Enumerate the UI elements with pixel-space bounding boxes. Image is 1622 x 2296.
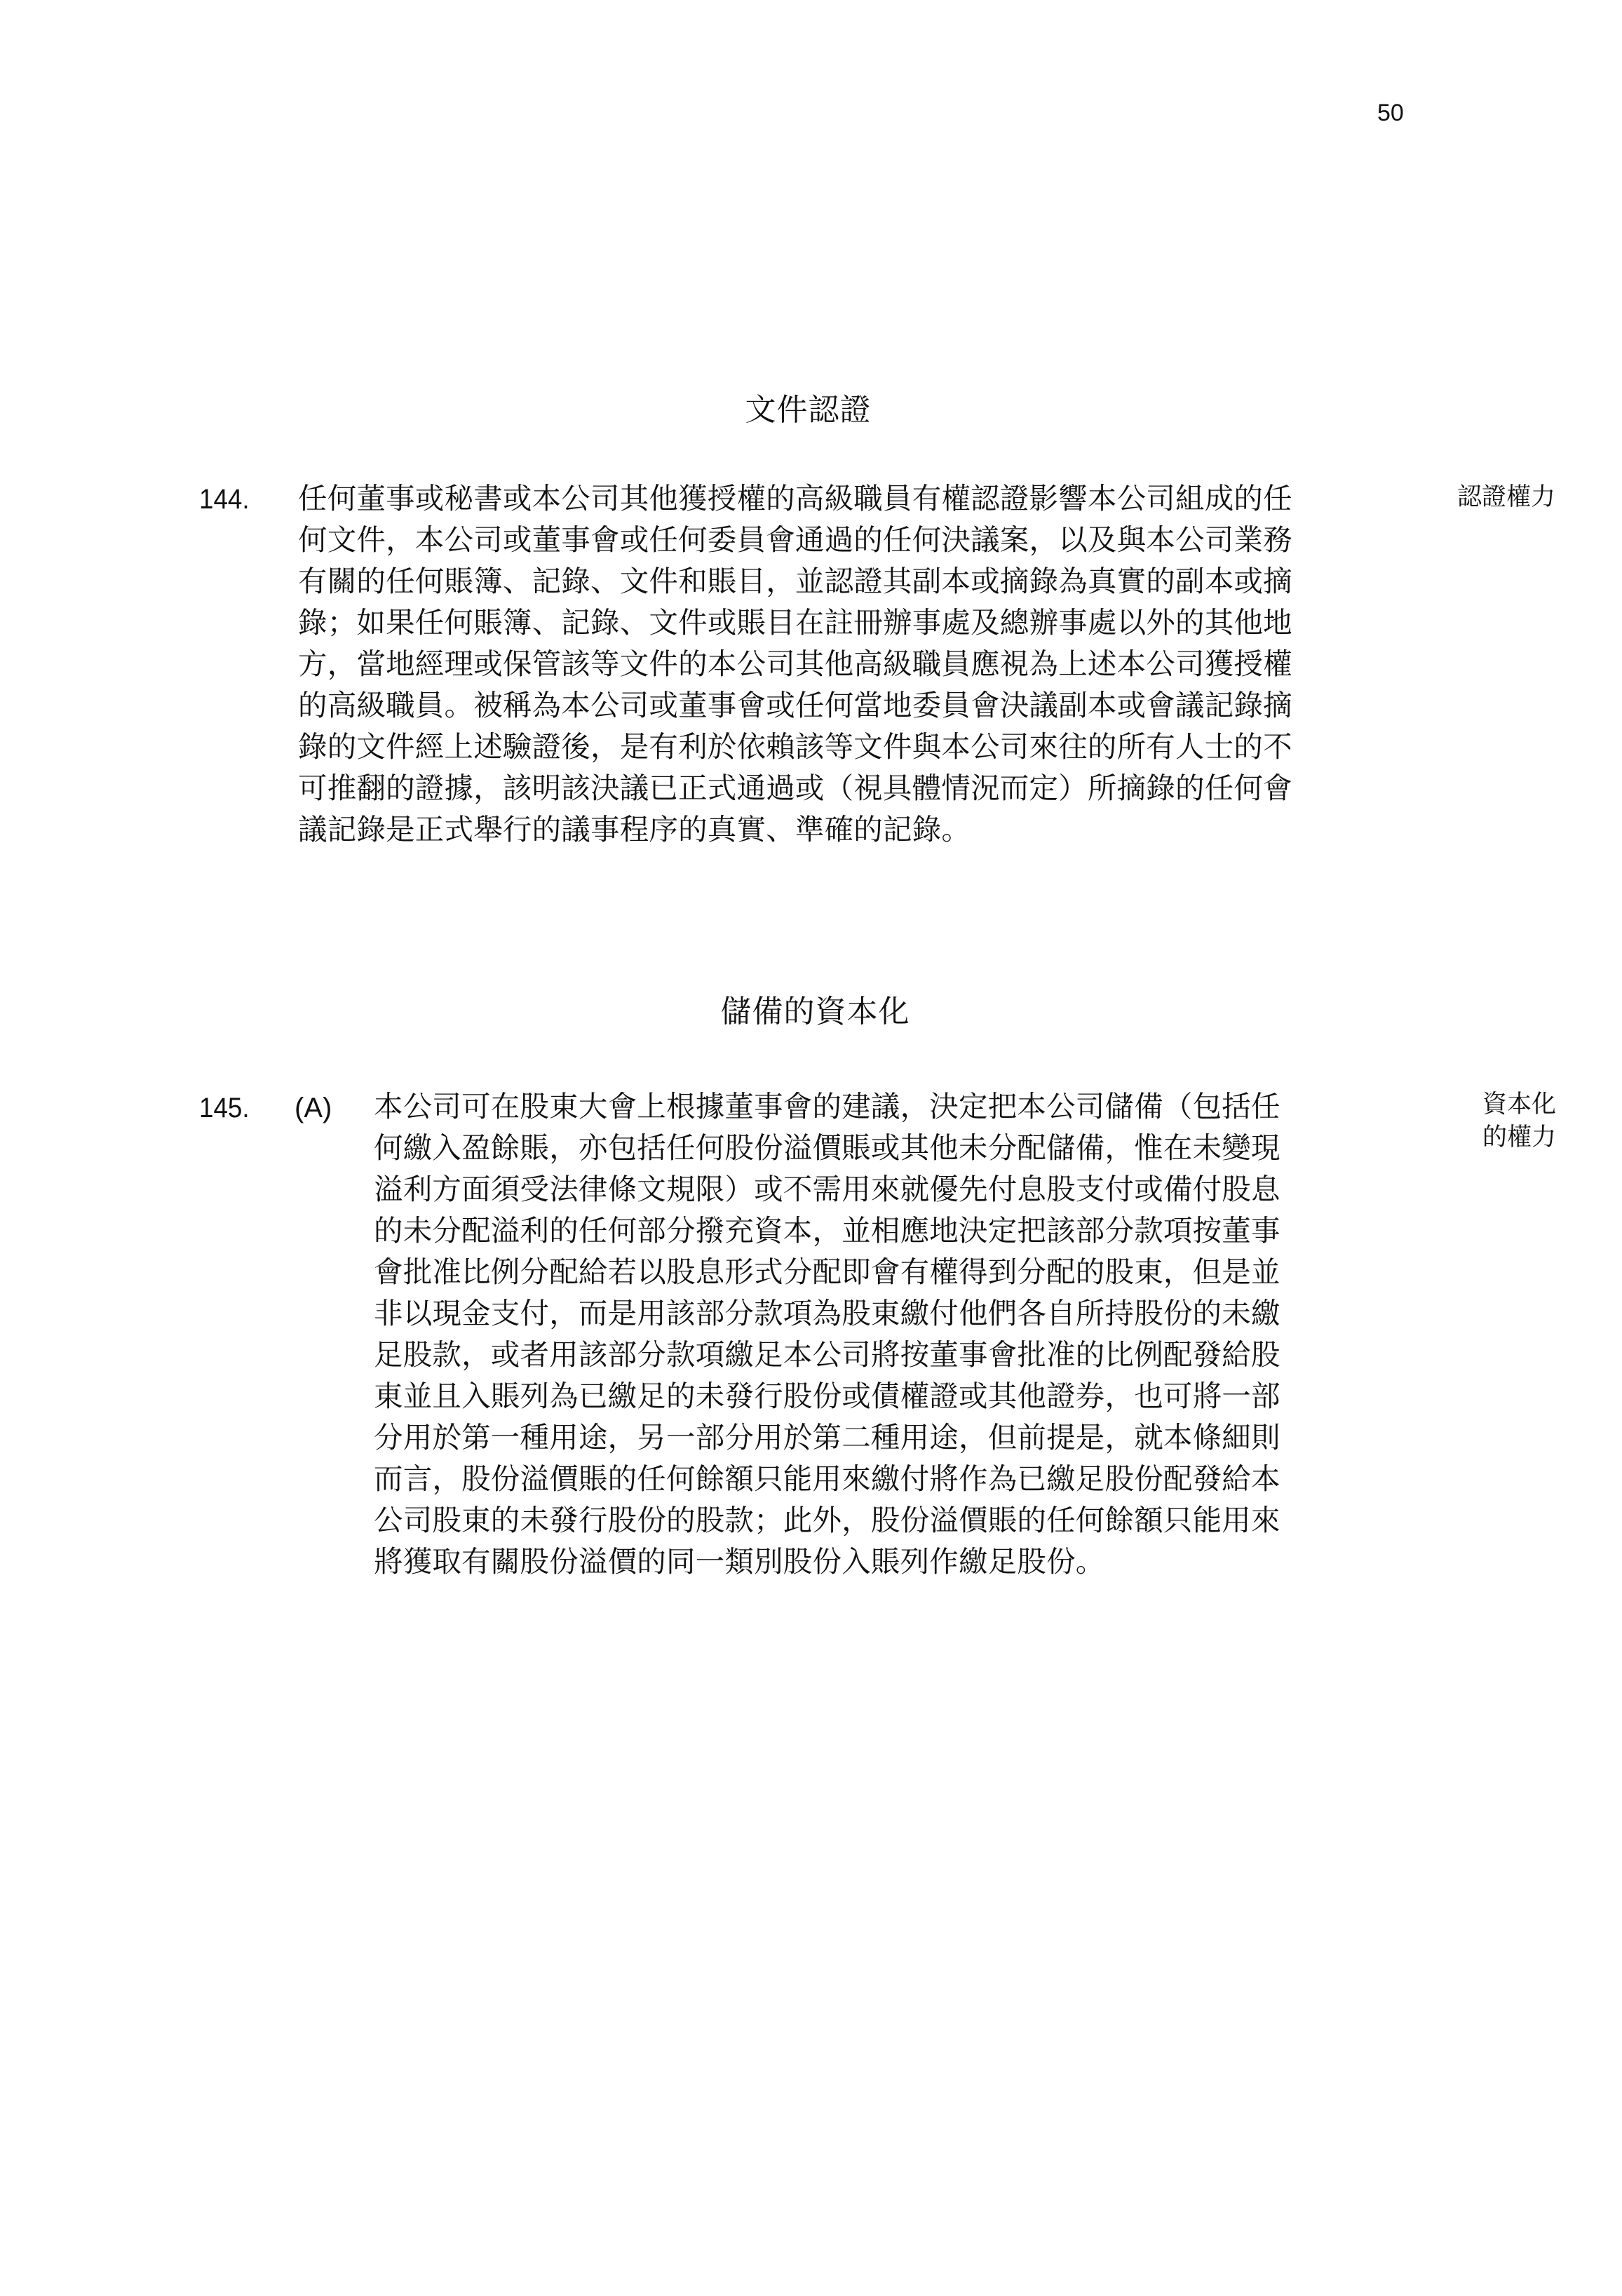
margin-note-line: 認證權力	[1457, 481, 1555, 514]
body-line: 分用於第一種用途，另一部分用於第二種用途，但前提是，就本條細則	[374, 1423, 1280, 1452]
clause-number: 144.	[199, 484, 250, 515]
body-line: 而言，股份溢價賬的任何餘額只能用來繳付將作為已繳足股份配發給本	[374, 1464, 1280, 1494]
margin-note: 資本化 的權力	[1482, 1088, 1556, 1155]
body-line: 會批准比例分配給若以股息形式分配即會有權得到分配的股東，但是並	[374, 1257, 1280, 1287]
body-line: 議記錄是正式舉行的議事程序的真實、準確的記錄。	[298, 815, 971, 844]
clause-number: 145.	[199, 1093, 250, 1124]
body-line: 何繳入盈餘賬，亦包括任何股份溢價賬或其他未分配儲備，惟在未變現	[374, 1133, 1280, 1163]
margin-note: 認證權力	[1457, 481, 1555, 514]
body-line: 足股款，或者用該部分款項繳足本公司將按董事會批准的比例配發給股	[374, 1340, 1280, 1370]
section-heading: 文件認證	[0, 384, 1619, 429]
body-line: 公司股東的未發行股份的股款；此外，股份溢價賬的任何餘額只能用來	[374, 1506, 1280, 1535]
margin-note-line: 資本化	[1482, 1088, 1556, 1121]
sub-clause-label: (A)	[295, 1093, 332, 1124]
body-line: 何文件，本公司或董事會或任何委員會通過的任何決議案，以及與本公司業務	[298, 525, 1292, 555]
body-line: 非以現金支付，而是用該部分款項為股東繳付他們各自所持股份的未繳	[374, 1299, 1280, 1328]
body-line: 方，當地經理或保管該等文件的本公司其他高級職員應視為上述本公司獲授權	[298, 649, 1292, 679]
body-line: 本公司可在股東大會上根據董事會的建議，決定把本公司儲備（包括任	[374, 1092, 1280, 1121]
body-line: 錄的文件經上述驗證後，是有利於依賴該等文件與本公司來往的所有人士的不	[298, 732, 1292, 762]
body-line: 東並且入賬列為已繳足的未發行股份或債權證或其他證券，也可將一部	[374, 1382, 1280, 1411]
page-number: 50	[1377, 100, 1404, 127]
body-line: 有關的任何賬簿、記錄、文件和賬目，並認證其副本或摘錄為真實的副本或摘	[298, 567, 1292, 596]
body-line: 任何董事或秘書或本公司其他獲授權的高級職員有權認證影響本公司組成的任	[298, 484, 1292, 513]
margin-note-line: 的權力	[1482, 1121, 1556, 1154]
section-heading: 儲備的資本化	[4, 986, 1622, 1031]
body-line: 溢利方面須受法律條文規限）或不需用來就優先付息股支付或備付股息	[374, 1175, 1280, 1204]
body-line: 將獲取有關股份溢價的同一類別股份入賬列作繳足股份。	[374, 1547, 1105, 1576]
body-line: 錄；如果任何賬簿、記錄、文件或賬目在註冊辦事處及總辦事處以外的其他地	[298, 608, 1292, 637]
body-line: 的高級職員。被稱為本公司或董事會或任何當地委員會決議副本或會議記錄摘	[298, 691, 1292, 720]
body-line: 可推翻的證據，該明該決議已正式通過或（視具體情況而定）所摘錄的任何會	[298, 774, 1292, 803]
body-line: 的未分配溢利的任何部分撥充資本，並相應地決定把該部分款項按董事	[374, 1216, 1280, 1245]
